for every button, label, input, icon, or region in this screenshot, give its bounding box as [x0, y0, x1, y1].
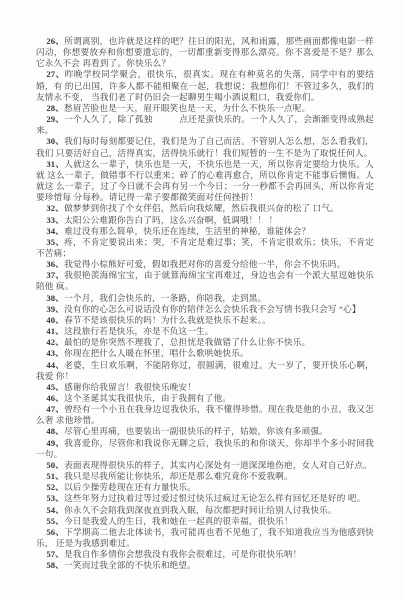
item-number: 56、 [46, 527, 64, 537]
document-page: 26、所谓离别，也许就是这样的吧？往日的阳光，风和雨露，那些画面都像电影一样闪动… [0, 0, 404, 600]
item-text: 昨晚学校同学聚会，很快乐，很真实。现在有种莫名的失落，同学中有的要结婚，有 的已… [36, 69, 374, 101]
item-number: 37、 [46, 270, 64, 280]
item-text: 曾经有一个小丑在我身边逗我快乐，我不懂得珍惜。现在我是他的小丑，我又怎么奢 求他… [36, 404, 374, 425]
item-number: 33、 [46, 215, 64, 225]
list-item: 26、所谓离别，也许就是这样的吧？往日的阳光，风和雨露，那些画面都像电影一样闪动… [36, 36, 374, 69]
item-text: 你永久不会陪我到深夜直到我入眠，每次都把时间让给别人讨我快乐。 [64, 505, 337, 515]
item-text: 愁眉苦脸也是一天，眉开眼笑也是一天，为什么不快乐一点呢。 [64, 103, 310, 113]
item-text: 疼，不肯定要说出来；哭，不肯定是难过事；笑，不肯定很欢乐；快乐，不肯定 不苦痛； [36, 237, 374, 258]
list-item: 56、下学期高二他去北体读书，我可能再也看不见他了，我不知道我应当为他感到快乐，… [36, 527, 374, 549]
item-number: 58、 [46, 560, 64, 570]
list-item: 27、昨晚学校同学聚会，很快乐，很真实。现在有种莫名的失落，同学中有的要结婚，有… [36, 69, 374, 102]
item-text: 我只是尽我所能让你快乐，却还是那么难究竟你不爱我啊。 [64, 471, 293, 481]
item-text: 这个圣诞其实我很快乐，由于我拥有了他。 [64, 393, 231, 403]
list-item: 37、我很艳羡海绵宝宝，由于就算海绵宝宝再难过，身边也会有一个派大星逗她快乐陪他… [36, 270, 374, 292]
item-number: 49、 [46, 438, 64, 448]
item-number: 31、 [46, 159, 64, 169]
item-number: 29、 [46, 114, 64, 124]
item-number: 30、 [46, 136, 64, 146]
list-item: 50、表面表现得很快乐的样子，其实内心深处有一道深深地伤疤，女人对自己好点。 [36, 460, 374, 471]
list-item: 45、感谢你给我留言！我很快乐晚安！ [36, 382, 374, 393]
item-text: 我喜爱你，尽管你和我说你无聊之后，我快乐的和你谈天，你却半个多小时回我一句。 [36, 438, 374, 459]
list-item: 43、你现在把什么人暖在怀里，唱什么歌哄她快乐。 [36, 348, 374, 359]
item-text: 一个人久了，除了孤独 点还是蛮快乐的。一个人久了，会渐渐变得成熟起来。 [36, 114, 374, 135]
list-item: 39、没有你的心怎么可说话没有你的陪伴怎么会快乐我不会写情书我只会写 “心】 [36, 304, 374, 315]
item-text: 我觉得小棕熊好可爱，假如我把对你的喜爱分给他一半，你会不快乐吗。 [64, 259, 345, 269]
item-number: 35、 [46, 237, 64, 247]
item-text: 以后少操劳趁现在还有力量快乐。 [64, 482, 196, 492]
item-text: 所谓离别，也许就是这样的吧？往日的阳光，风和雨露，那些画面都像电影一样闪动，你想… [36, 36, 374, 68]
item-text: 春节不是该很快乐的吗！为什么我就是快乐不起来。。 [64, 315, 271, 325]
list-item: 38、一个月，我们会快乐的，一条路，你陪我，走到黑。 [36, 293, 374, 304]
item-number: 39、 [46, 304, 64, 314]
list-item: 51、我只是尽我所能让你快乐，却还是那么难究竟你不爱我啊。 [36, 471, 374, 482]
item-text: 我们每时每刻都要记住，我们是为了自己而活。不管别人怎么想，怎么看我们，我们 只要… [36, 136, 374, 157]
list-item: 52、以后少操劳趁现在还有力量快乐。 [36, 482, 374, 493]
item-text: 尽管心里再痛，也要装出一副很快乐的样子，姑娘，你该有多顽强。 [64, 426, 328, 436]
list-item: 55、今日是我爱人的生日，我和她在一起真的很幸福，很快乐！ [36, 516, 374, 527]
list-item: 30、我们每时每刻都要记住，我们是为了自己而活。不管别人怎么想，怎么看我们，我们… [36, 136, 374, 158]
list-item: 40、春节不是该很快乐的吗！为什么我就是快乐不起来。。 [36, 315, 374, 326]
list-item: 46、这个圣诞其实我很快乐，由于我拥有了他。 [36, 393, 374, 404]
item-text: 这段旅行若是快乐，亦是不负这一生。 [64, 326, 214, 336]
list-item: 36、我觉得小棕熊好可爱，假如我把对你的喜爱分给他一半，你会不快乐吗。 [36, 259, 374, 270]
list-item: 47、曾经有一个小丑在我身边逗我快乐，我不懂得珍惜。现在我是他的小丑，我又怎么奢… [36, 404, 374, 426]
item-number: 57、 [46, 549, 64, 559]
list-item: 58、一笑而过我全部的不快乐和绝望。 [36, 560, 374, 571]
item-text: 没有你的心怎么可说话没有你的陪伴怎么会快乐我不会写情书我只会写 “心】 [64, 304, 361, 314]
item-number: 47、 [46, 404, 64, 414]
item-text: 最怕的是你突然不理我了，总担忧是我做错了什么让你不快乐。 [64, 337, 310, 347]
item-number: 46、 [46, 393, 64, 403]
item-text: 一笑而过我全部的不快乐和绝望。 [64, 560, 196, 570]
item-number: 34、 [46, 226, 64, 236]
item-number: 48、 [46, 426, 64, 436]
item-number: 32、 [46, 203, 64, 213]
item-number: 36、 [46, 259, 64, 269]
item-number: 28、 [46, 103, 64, 113]
item-text: 难过没有那么简单，快乐还在连续，生活里的神秘，谁能体会？ [64, 226, 310, 236]
list-item: 49、我喜爱你，尽管你和我说你无聊之后，我快乐的和你谈天，你却半个多小时回我一句… [36, 438, 374, 460]
list-item: 29、一个人久了，除了孤独 点还是蛮快乐的。一个人久了，会渐渐变得成熟起来。 [36, 114, 374, 136]
item-text: 下学期高二他去北体读书，我可能再也看不见他了，我不知道我应当为他感到快乐， 还是… [36, 527, 374, 548]
item-number: 42、 [46, 337, 64, 347]
list-item: 28、愁眉苦脸也是一天，眉开眼笑也是一天，为什么不快乐一点呢。 [36, 103, 374, 114]
item-text: 我很艳羡海绵宝宝，由于就算海绵宝宝再难过，身边也会有一个派大星逗她快乐陪他 疯。 [36, 270, 374, 291]
item-text: 感谢你给我留言！我很快乐晚安！ [64, 382, 196, 392]
list-item: 31、人就这么一辈子，快乐也是一天，不快乐也是一天，所以你肯定要给力快乐。人就 … [36, 159, 374, 204]
item-number: 50、 [46, 460, 64, 470]
item-number: 53、 [46, 493, 64, 503]
list-item: 44、老婆，生日欢乐啊，不能陪你过，很圆满，很难过。大一岁了，要开快乐心啊，我爱… [36, 360, 374, 382]
quote-list: 26、所谓离别，也许就是这样的吧？往日的阳光，风和雨露，那些画面都像电影一样闪动… [36, 36, 374, 572]
item-text: 做梦梦到你找了个女伴侣，然后向我炫耀，然后我很兴奋的松了 口气。 [64, 203, 339, 213]
list-item: 32、做梦梦到你找了个女伴侣，然后向我炫耀，然后我很兴奋的松了 口气。 [36, 203, 374, 214]
list-item: 53、这些年努力过执着过等过爱过恨过快乐过疯过无论怎么样有回忆还是好的 吧。 [36, 493, 374, 504]
list-item: 33、太阳公公难跟你告白了吗，这么兴奋啊，低调哦！！ ！ [36, 215, 374, 226]
item-text: 一个月，我们会快乐的，一条路，你陪我，走到黑。 [64, 293, 266, 303]
list-item: 42、最怕的是你突然不理我了，总担忧是我做错了什么让你不快乐。 [36, 337, 374, 348]
item-text: 人就这么一辈子，快乐也是一天，不快乐也是一天，所以你肯定要给力快乐。人就 这么一… [36, 159, 374, 202]
list-item: 41、这段旅行若是快乐，亦是不负这一生。 [36, 326, 374, 337]
item-number: 38、 [46, 293, 64, 303]
item-number: 27、 [46, 69, 64, 79]
list-item: 35、疼，不肯定要说出来；哭，不肯定是难过事；笑，不肯定很欢乐；快乐，不肯定 不… [36, 237, 374, 259]
item-number: 43、 [46, 348, 64, 358]
item-text: 你现在把什么人暖在怀里，唱什么歌哄她快乐。 [64, 348, 249, 358]
item-text: 这些年努力过执着过等过爱过恨过快乐过疯过无论怎么样有回忆还是好的 吧。 [64, 493, 365, 503]
item-text: 太阳公公难跟你告白了吗，这么兴奋啊，低调哦！！ ！ [64, 215, 277, 225]
item-number: 41、 [46, 326, 64, 336]
list-item: 48、尽管心里再痛，也要装出一副很快乐的样子，姑娘，你该有多顽强。 [36, 426, 374, 437]
list-item: 34、难过没有那么简单，快乐还在连续，生活里的神秘，谁能体会？ [36, 226, 374, 237]
item-number: 52、 [46, 482, 64, 492]
list-item: 57、是我自作多情你会想我没有我你会很难过，可是你很快乐呐！ [36, 549, 374, 560]
item-number: 51、 [46, 471, 64, 481]
item-number: 45、 [46, 382, 64, 392]
item-text: 是我自作多情你会想我没有我你会很难过，可是你很快乐呐！ [64, 549, 301, 559]
item-number: 26、 [46, 36, 64, 46]
item-text: 今日是我爱人的生日，我和她在一起真的很幸福，很快乐！ [64, 516, 293, 526]
item-number: 40、 [46, 315, 64, 325]
list-item: 54、你永久不会陪我到深夜直到我入眠，每次都把时间让给别人讨我快乐。 [36, 505, 374, 516]
item-number: 44、 [46, 360, 64, 370]
item-number: 54、 [46, 505, 64, 515]
item-text: 表面表现得很快乐的样子，其实内心深处有一道深深地伤疤，女人对自己好点。 [64, 460, 372, 470]
item-number: 55、 [46, 516, 64, 526]
item-text: 老婆，生日欢乐啊，不能陪你过，很圆满，很难过。大一岁了，要开快乐心啊，我爱 你！ [36, 360, 374, 381]
